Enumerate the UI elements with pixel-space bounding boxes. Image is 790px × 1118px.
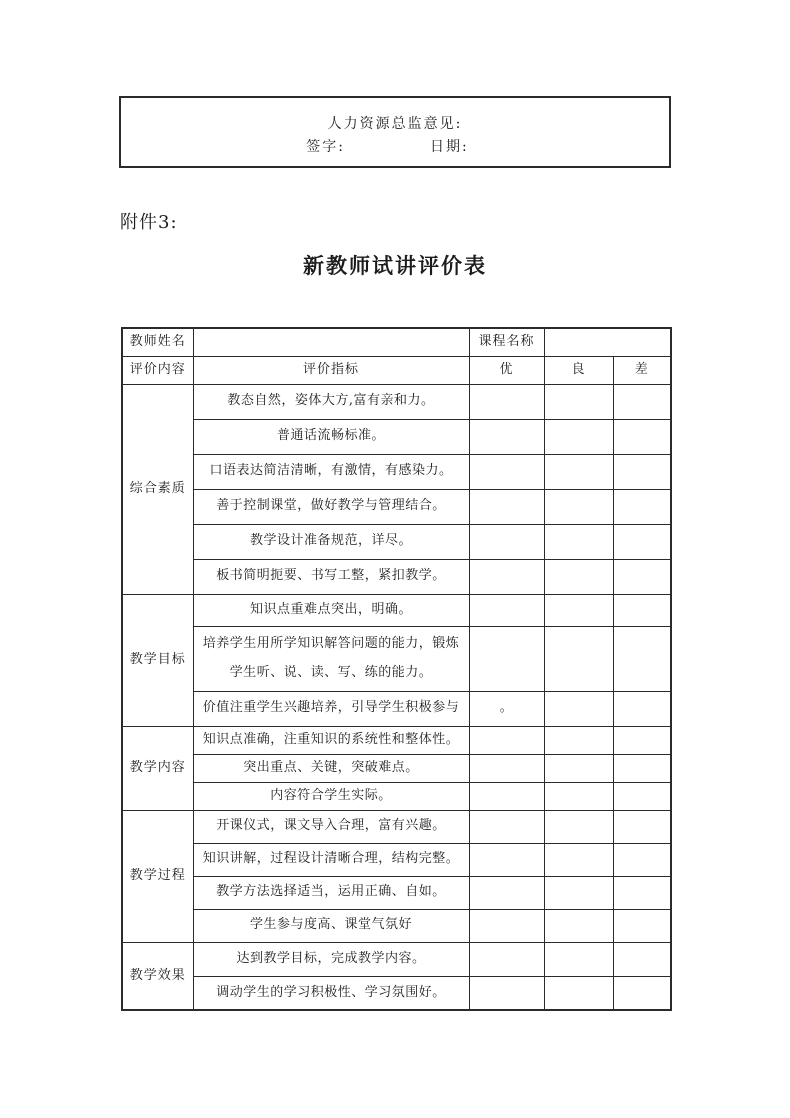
table-row: 板书简明扼要、书写工整，紧扣教学。 [122, 559, 671, 594]
grade-cell-poor[interactable] [613, 942, 671, 976]
category-comprehensive-quality: 综合素质 [122, 384, 193, 594]
indicator-cell: 开课仪式，课文导入合理，富有兴趣。 [193, 810, 469, 843]
grade-cell-poor[interactable] [613, 782, 671, 810]
table-row: 综合素质 教态自然，姿体大方,富有亲和力。 [122, 384, 671, 419]
indicator-cell: 口语表达简洁清晰，有激情，有感染力。 [193, 454, 469, 489]
grade-cell-excellent[interactable]: 。 [469, 691, 544, 726]
teacher-name-input-cell[interactable] [193, 328, 469, 356]
hr-director-opinion-box: 人力资源总监意见: 签字:日期: [119, 96, 671, 168]
column-header-indicator: 评价指标 [193, 356, 469, 384]
column-header-good: 良 [544, 356, 613, 384]
table-row: 教学过程 开课仪式，课文导入合理，富有兴趣。 [122, 810, 671, 843]
table-row: 突出重点、关键，突破难点。 [122, 754, 671, 782]
indicator-cell: 学生参与度高、课堂气氛好 [193, 909, 469, 942]
table-row: 善于控制课堂，做好教学与管理结合。 [122, 489, 671, 524]
grade-cell-poor[interactable] [613, 810, 671, 843]
table-row: 知识讲解，过程设计清晰合理，结构完整。 [122, 843, 671, 876]
grade-cell-excellent[interactable] [469, 454, 544, 489]
grade-cell-excellent[interactable] [469, 843, 544, 876]
grade-cell-poor[interactable] [613, 843, 671, 876]
grade-cell-poor[interactable] [613, 976, 671, 1010]
table-row: 内容符合学生实际。 [122, 782, 671, 810]
indicator-cell: 调动学生的学习积极性、学习氛围好。 [193, 976, 469, 1010]
indicator-cell: 内容符合学生实际。 [193, 782, 469, 810]
column-header-content: 评价内容 [122, 356, 193, 384]
table-row-name: 教师姓名 课程名称 [122, 328, 671, 356]
grade-cell-good[interactable] [544, 489, 613, 524]
grade-cell-good[interactable] [544, 909, 613, 942]
grade-cell-good[interactable] [544, 843, 613, 876]
grade-cell-poor[interactable] [613, 691, 671, 726]
indicator-cell: 知识点准确，注重知识的系统性和整体性。 [193, 726, 469, 754]
category-teaching-objectives: 教学目标 [122, 594, 193, 726]
table-row: 培养学生用所学知识解答问题的能力，锻炼 学生听、说、读、写、练的能力。 [122, 626, 671, 691]
indicator-cell: 板书简明扼要、书写工整，紧扣教学。 [193, 559, 469, 594]
grade-cell-poor[interactable] [613, 876, 671, 909]
signature-blank[interactable] [345, 150, 430, 151]
table-row: 教学设计准备规范，详尽。 [122, 524, 671, 559]
grade-cell-excellent[interactable] [469, 876, 544, 909]
grade-cell-poor[interactable] [613, 594, 671, 626]
course-name-label: 课程名称 [469, 328, 544, 356]
document-page: 人力资源总监意见: 签字:日期: 附件3: 新教师试讲评价表 教师姓名 课程名称… [0, 0, 790, 1118]
indicator-cell: 知识讲解，过程设计清晰合理，结构完整。 [193, 843, 469, 876]
indicator-cell: 突出重点、关键，突破难点。 [193, 754, 469, 782]
indicator-cell: 达到教学目标，完成教学内容。 [193, 942, 469, 976]
grade-cell-poor[interactable] [613, 384, 671, 419]
indicator-cell: 教态自然，姿体大方,富有亲和力。 [193, 384, 469, 419]
grade-cell-good[interactable] [544, 559, 613, 594]
grade-cell-excellent[interactable] [469, 754, 544, 782]
evaluation-table: 教师姓名 课程名称 评价内容 评价指标 优 良 差 综合素质 教态自然，姿体大方… [121, 327, 672, 1011]
teacher-name-label: 教师姓名 [122, 328, 193, 356]
grade-cell-excellent[interactable] [469, 626, 544, 691]
date-label: 日期: [430, 139, 469, 155]
table-row: 教学内容 知识点准确，注重知识的系统性和整体性。 [122, 726, 671, 754]
table-header-row: 评价内容 评价指标 优 良 差 [122, 356, 671, 384]
grade-cell-excellent[interactable] [469, 942, 544, 976]
indicator-cell: 培养学生用所学知识解答问题的能力，锻炼 学生听、说、读、写、练的能力。 [193, 626, 469, 691]
grade-cell-excellent[interactable] [469, 810, 544, 843]
grade-cell-good[interactable] [544, 942, 613, 976]
grade-cell-poor[interactable] [613, 419, 671, 454]
signature-label: 签字: [306, 139, 345, 155]
category-teaching-content: 教学内容 [122, 726, 193, 810]
grade-cell-poor[interactable] [613, 489, 671, 524]
grade-cell-poor[interactable] [613, 909, 671, 942]
table-row: 学生参与度高、课堂气氛好 [122, 909, 671, 942]
grade-cell-good[interactable] [544, 419, 613, 454]
category-teaching-effect: 教学效果 [122, 942, 193, 1010]
grade-cell-good[interactable] [544, 594, 613, 626]
grade-cell-good[interactable] [544, 754, 613, 782]
indicator-cell: 善于控制课堂，做好教学与管理结合。 [193, 489, 469, 524]
grade-cell-good[interactable] [544, 976, 613, 1010]
grade-cell-poor[interactable] [613, 754, 671, 782]
grade-cell-excellent[interactable] [469, 419, 544, 454]
grade-cell-good[interactable] [544, 782, 613, 810]
grade-cell-excellent[interactable] [469, 384, 544, 419]
hr-director-opinion-label: 人力资源总监意见: [121, 114, 669, 134]
attachment-label: 附件3: [120, 208, 178, 234]
signature-date-line: 签字:日期: [121, 137, 669, 157]
grade-cell-excellent[interactable] [469, 976, 544, 1010]
column-header-poor: 差 [613, 356, 671, 384]
grade-cell-excellent[interactable] [469, 489, 544, 524]
grade-cell-poor[interactable] [613, 626, 671, 691]
grade-cell-excellent[interactable] [469, 524, 544, 559]
indicator-cell: 教学方法选择适当，运用正确、自如。 [193, 876, 469, 909]
grade-cell-excellent[interactable] [469, 909, 544, 942]
date-blank[interactable] [469, 150, 484, 151]
grade-cell-excellent[interactable] [469, 782, 544, 810]
grade-cell-excellent[interactable] [469, 594, 544, 626]
grade-cell-excellent[interactable] [469, 726, 544, 754]
indicator-cell: 知识点重难点突出，明确。 [193, 594, 469, 626]
grade-cell-poor[interactable] [613, 524, 671, 559]
grade-cell-excellent[interactable] [469, 559, 544, 594]
indicator-cell: 教学设计准备规范，详尽。 [193, 524, 469, 559]
grade-cell-poor[interactable] [613, 559, 671, 594]
table-row: 普通话流畅标准。 [122, 419, 671, 454]
indicator-cell: 普通话流畅标准。 [193, 419, 469, 454]
table-row: 调动学生的学习积极性、学习氛围好。 [122, 976, 671, 1010]
grade-cell-good[interactable] [544, 626, 613, 691]
table-row: 教学效果 达到教学目标，完成教学内容。 [122, 942, 671, 976]
table-row: 教学目标 知识点重难点突出，明确。 [122, 594, 671, 626]
table-row: 口语表达简洁清晰，有激情，有感染力。 [122, 454, 671, 489]
grade-cell-good[interactable] [544, 524, 613, 559]
grade-cell-poor[interactable] [613, 726, 671, 754]
grade-cell-good[interactable] [544, 876, 613, 909]
course-name-input-cell[interactable] [544, 328, 671, 356]
grade-cell-good[interactable] [544, 691, 613, 726]
page-title: 新教师试讲评价表 [0, 250, 790, 280]
grade-cell-poor[interactable] [613, 454, 671, 489]
indicator-cell: 价值注重学生兴趣培养，引导学生积极参与 [193, 691, 469, 726]
grade-cell-good[interactable] [544, 810, 613, 843]
grade-cell-good[interactable] [544, 726, 613, 754]
category-teaching-process: 教学过程 [122, 810, 193, 942]
grade-cell-good[interactable] [544, 384, 613, 419]
grade-cell-good[interactable] [544, 454, 613, 489]
table-row: 价值注重学生兴趣培养，引导学生积极参与 。 [122, 691, 671, 726]
table-row: 教学方法选择适当，运用正确、自如。 [122, 876, 671, 909]
column-header-excellent: 优 [469, 356, 544, 384]
